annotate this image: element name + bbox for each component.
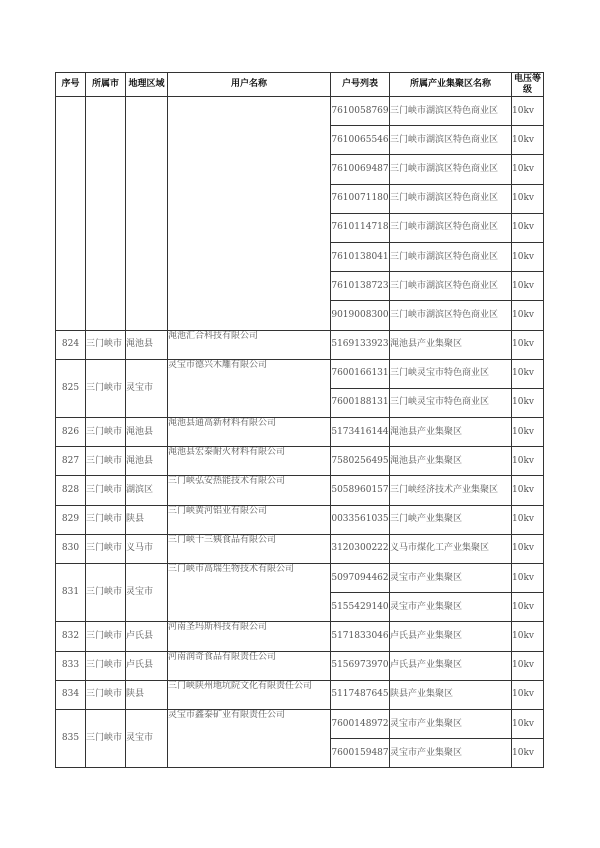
cell-seq: 829 <box>56 505 86 534</box>
cell-park-name: 三门峡市湖滨区特色商业区 <box>390 242 512 271</box>
cell-voltage: 10kv <box>512 359 544 388</box>
cell-account: 7600166131 <box>331 359 390 388</box>
cell-city: 三门峡市 <box>86 680 126 709</box>
cell-seq: 831 <box>56 564 86 622</box>
cell-voltage: 10kv <box>512 330 544 359</box>
table-row: 7610058769三门峡市湖滨区特色商业区10kv <box>56 97 544 126</box>
cell-park-name: 三门峡市湖滨区特色商业区 <box>390 155 512 184</box>
cell-account: 7600148972 <box>331 709 390 738</box>
cell-user-name: 三门峡陕州地坑院文化有限责任公司 <box>168 680 331 709</box>
cell-park-name: 渑池县产业集聚区 <box>390 418 512 447</box>
cell-account: 5117487645 <box>331 680 390 709</box>
cell-user-name: 三门峡市高瑞生物技术有限公司 <box>168 564 331 622</box>
cell-seq: 833 <box>56 651 86 680</box>
cell-city <box>86 97 126 331</box>
cell-park-name: 义马市煤化工产业集聚区 <box>390 534 512 563</box>
cell-voltage: 10kv <box>512 651 544 680</box>
cell-park-name: 灵宝市产业集聚区 <box>390 709 512 738</box>
header-user-name: 用户名称 <box>168 73 331 97</box>
table-header-row: 序号 所属市 地理区域 用户名称 户号列表 所属产业集聚区名称 电压等级 <box>56 73 544 97</box>
cell-user-name <box>168 97 331 331</box>
cell-user-name: 三门峡十三姨食品有限公司 <box>168 534 331 563</box>
cell-user-name: 灵宝市德兴木雕有限公司 <box>168 359 331 417</box>
cell-user-name: 河南润奇食品有限责任公司 <box>168 651 331 680</box>
cell-voltage: 10kv <box>512 126 544 155</box>
cell-voltage: 10kv <box>512 272 544 301</box>
header-region: 地理区域 <box>126 73 168 97</box>
cell-account: 7610138041 <box>331 242 390 271</box>
cell-region: 渑池县 <box>126 330 168 359</box>
cell-account: 5173416144 <box>331 418 390 447</box>
header-park-name: 所属产业集聚区名称 <box>390 73 512 97</box>
cell-city: 三门峡市 <box>86 359 126 417</box>
cell-voltage: 10kv <box>512 418 544 447</box>
cell-region: 卢氏县 <box>126 651 168 680</box>
cell-city: 三门峡市 <box>86 330 126 359</box>
user-account-table: 序号 所属市 地理区域 用户名称 户号列表 所属产业集聚区名称 电压等级 761… <box>55 72 544 768</box>
cell-park-name: 三门峡市湖滨区特色商业区 <box>390 97 512 126</box>
cell-user-name: 灵宝市鑫泰矿业有限责任公司 <box>168 709 331 767</box>
cell-voltage: 10kv <box>512 447 544 476</box>
cell-seq: 825 <box>56 359 86 417</box>
cell-seq: 826 <box>56 418 86 447</box>
cell-user-name: 渑池县宏泰耐火材料有限公司 <box>168 447 331 476</box>
cell-account: 7610058769 <box>331 97 390 126</box>
cell-region: 湖滨区 <box>126 476 168 505</box>
header-city: 所属市 <box>86 73 126 97</box>
table-row: 828三门峡市湖滨区三门峡弘安热能技术有限公司5058960157三门峡经济技术… <box>56 476 544 505</box>
cell-seq: 830 <box>56 534 86 563</box>
cell-region: 灵宝市 <box>126 359 168 417</box>
cell-account: 7610071180 <box>331 184 390 213</box>
cell-city: 三门峡市 <box>86 505 126 534</box>
cell-account: 7610114718 <box>331 213 390 242</box>
cell-voltage: 10kv <box>512 155 544 184</box>
cell-account: 5155429140 <box>331 593 390 622</box>
cell-user-name: 三门峡弘安热能技术有限公司 <box>168 476 331 505</box>
table-row: 833三门峡市卢氏县河南润奇食品有限责任公司5156973970卢氏县产业集聚区… <box>56 651 544 680</box>
cell-user-name: 三门峡黄河铝业有限公司 <box>168 505 331 534</box>
cell-park-name: 三门峡市湖滨区特色商业区 <box>390 272 512 301</box>
cell-seq: 824 <box>56 330 86 359</box>
cell-park-name: 三门峡灵宝市特色商业区 <box>390 388 512 417</box>
cell-voltage: 10kv <box>512 709 544 738</box>
cell-account: 5097094462 <box>331 564 390 593</box>
cell-seq <box>56 97 86 331</box>
cell-account: 7610065546 <box>331 126 390 155</box>
header-account-list: 户号列表 <box>331 73 390 97</box>
cell-user-name: 河南圣玛斯科技有限公司 <box>168 622 331 651</box>
cell-account: 7610069487 <box>331 155 390 184</box>
cell-park-name: 三门峡市湖滨区特色商业区 <box>390 213 512 242</box>
cell-park-name: 陕县产业集聚区 <box>390 680 512 709</box>
cell-account: 5169133923 <box>331 330 390 359</box>
cell-voltage: 10kv <box>512 534 544 563</box>
cell-seq: 835 <box>56 709 86 767</box>
cell-seq: 834 <box>56 680 86 709</box>
cell-city: 三门峡市 <box>86 447 126 476</box>
table-row: 831三门峡市灵宝市三门峡市高瑞生物技术有限公司5097094462灵宝市产业集… <box>56 564 544 593</box>
header-voltage: 电压等级 <box>512 73 544 97</box>
cell-account: 9019008300 <box>331 301 390 330</box>
cell-voltage: 10kv <box>512 622 544 651</box>
cell-region: 陕县 <box>126 680 168 709</box>
table-row: 829三门峡市陕县三门峡黄河铝业有限公司0033561035三门峡产业集聚区10… <box>56 505 544 534</box>
cell-city: 三门峡市 <box>86 476 126 505</box>
cell-voltage: 10kv <box>512 242 544 271</box>
cell-park-name: 三门峡产业集聚区 <box>390 505 512 534</box>
cell-voltage: 10kv <box>512 184 544 213</box>
cell-region: 灵宝市 <box>126 564 168 622</box>
cell-park-name: 三门峡市湖滨区特色商业区 <box>390 184 512 213</box>
cell-park-name: 灵宝市产业集聚区 <box>390 593 512 622</box>
cell-seq: 832 <box>56 622 86 651</box>
cell-seq: 828 <box>56 476 86 505</box>
cell-city: 三门峡市 <box>86 564 126 622</box>
cell-park-name: 三门峡市湖滨区特色商业区 <box>390 126 512 155</box>
cell-user-name: 渑池县通高新材料有限公司 <box>168 418 331 447</box>
cell-region: 灵宝市 <box>126 709 168 767</box>
cell-voltage: 10kv <box>512 593 544 622</box>
cell-region <box>126 97 168 331</box>
cell-account: 7610138723 <box>331 272 390 301</box>
cell-region: 渑池县 <box>126 418 168 447</box>
cell-voltage: 10kv <box>512 476 544 505</box>
cell-voltage: 10kv <box>512 301 544 330</box>
cell-park-name: 灵宝市产业集聚区 <box>390 739 512 768</box>
table-row: 832三门峡市卢氏县河南圣玛斯科技有限公司5171833046卢氏县产业集聚区1… <box>56 622 544 651</box>
cell-voltage: 10kv <box>512 564 544 593</box>
cell-voltage: 10kv <box>512 388 544 417</box>
cell-city: 三门峡市 <box>86 534 126 563</box>
table-row: 835三门峡市灵宝市灵宝市鑫泰矿业有限责任公司7600148972灵宝市产业集聚… <box>56 709 544 738</box>
cell-park-name: 渑池县产业集聚区 <box>390 330 512 359</box>
cell-city: 三门峡市 <box>86 651 126 680</box>
cell-city: 三门峡市 <box>86 622 126 651</box>
cell-region: 渑池县 <box>126 447 168 476</box>
cell-park-name: 三门峡灵宝市特色商业区 <box>390 359 512 388</box>
cell-park-name: 卢氏县产业集聚区 <box>390 622 512 651</box>
cell-region: 义马市 <box>126 534 168 563</box>
cell-account: 5058960157 <box>331 476 390 505</box>
cell-account: 7600159487 <box>331 739 390 768</box>
cell-seq: 827 <box>56 447 86 476</box>
cell-park-name: 三门峡市湖滨区特色商业区 <box>390 301 512 330</box>
cell-account: 0033561035 <box>331 505 390 534</box>
table-body: 7610058769三门峡市湖滨区特色商业区10kv7610065546三门峡市… <box>56 97 544 768</box>
cell-voltage: 10kv <box>512 680 544 709</box>
table-row: 827三门峡市渑池县渑池县宏泰耐火材料有限公司7580256495渑池县产业集聚… <box>56 447 544 476</box>
cell-account: 3120300222 <box>331 534 390 563</box>
cell-park-name: 灵宝市产业集聚区 <box>390 564 512 593</box>
table-row: 826三门峡市渑池县渑池县通高新材料有限公司5173416144渑池县产业集聚区… <box>56 418 544 447</box>
cell-voltage: 10kv <box>512 739 544 768</box>
cell-city: 三门峡市 <box>86 418 126 447</box>
cell-account: 5156973970 <box>331 651 390 680</box>
cell-region: 卢氏县 <box>126 622 168 651</box>
cell-voltage: 10kv <box>512 213 544 242</box>
cell-city: 三门峡市 <box>86 709 126 767</box>
table-row: 824三门峡市渑池县渑池汇合科技有限公司5169133923渑池县产业集聚区10… <box>56 330 544 359</box>
table-row: 825三门峡市灵宝市灵宝市德兴木雕有限公司7600166131三门峡灵宝市特色商… <box>56 359 544 388</box>
cell-account: 7580256495 <box>331 447 390 476</box>
cell-park-name: 卢氏县产业集聚区 <box>390 651 512 680</box>
cell-region: 陕县 <box>126 505 168 534</box>
table-row: 834三门峡市陕县三门峡陕州地坑院文化有限责任公司5117487645陕县产业集… <box>56 680 544 709</box>
cell-park-name: 三门峡经济技术产业集聚区 <box>390 476 512 505</box>
header-seq: 序号 <box>56 73 86 97</box>
cell-user-name: 渑池汇合科技有限公司 <box>168 330 331 359</box>
cell-voltage: 10kv <box>512 505 544 534</box>
cell-account: 7600188131 <box>331 388 390 417</box>
cell-park-name: 渑池县产业集聚区 <box>390 447 512 476</box>
cell-account: 5171833046 <box>331 622 390 651</box>
cell-voltage: 10kv <box>512 97 544 126</box>
table-row: 830三门峡市义马市三门峡十三姨食品有限公司3120300222义马市煤化工产业… <box>56 534 544 563</box>
